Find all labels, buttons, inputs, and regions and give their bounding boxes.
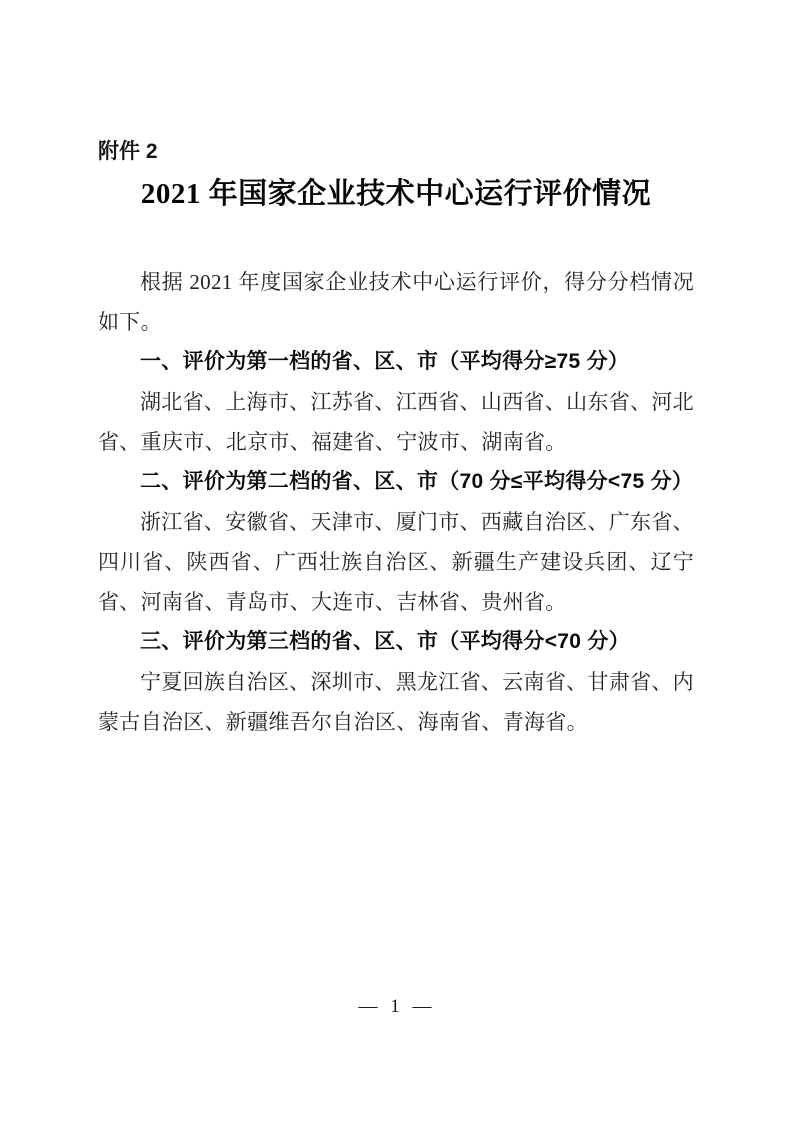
section-2-heading: 二、评价为第二档的省、区、市（70 分≤平均得分<75 分）: [98, 462, 694, 502]
section-1-paragraph: 湖北省、上海市、江苏省、江西省、山西省、山东省、河北省、重庆市、北京市、福建省、…: [98, 382, 694, 462]
page-number: — 1 —: [0, 994, 794, 1020]
section-2-paragraph: 浙江省、安徽省、天津市、厦门市、西藏自治区、广东省、四川省、陕西省、广西壮族自治…: [98, 502, 694, 622]
attachment-label: 附件 2: [98, 138, 694, 166]
section-3-heading: 三、评价为第三档的省、区、市（平均得分<70 分）: [98, 622, 694, 662]
document-title: 2021 年国家企业技术中心运行评价情况: [98, 176, 694, 212]
intro-paragraph: 根据 2021 年度国家企业技术中心运行评价，得分分档情况如下。: [98, 262, 694, 342]
section-3-paragraph: 宁夏回族自治区、深圳市、黑龙江省、云南省、甘肃省、内蒙古自治区、新疆维吾尔自治区…: [98, 662, 694, 742]
document-content: 附件 2 2021 年国家企业技术中心运行评价情况 根据 2021 年度国家企业…: [98, 138, 694, 742]
section-1-heading: 一、评价为第一档的省、区、市（平均得分≥75 分）: [98, 342, 694, 382]
document-page: 附件 2 2021 年国家企业技术中心运行评价情况 根据 2021 年度国家企业…: [0, 0, 794, 1123]
